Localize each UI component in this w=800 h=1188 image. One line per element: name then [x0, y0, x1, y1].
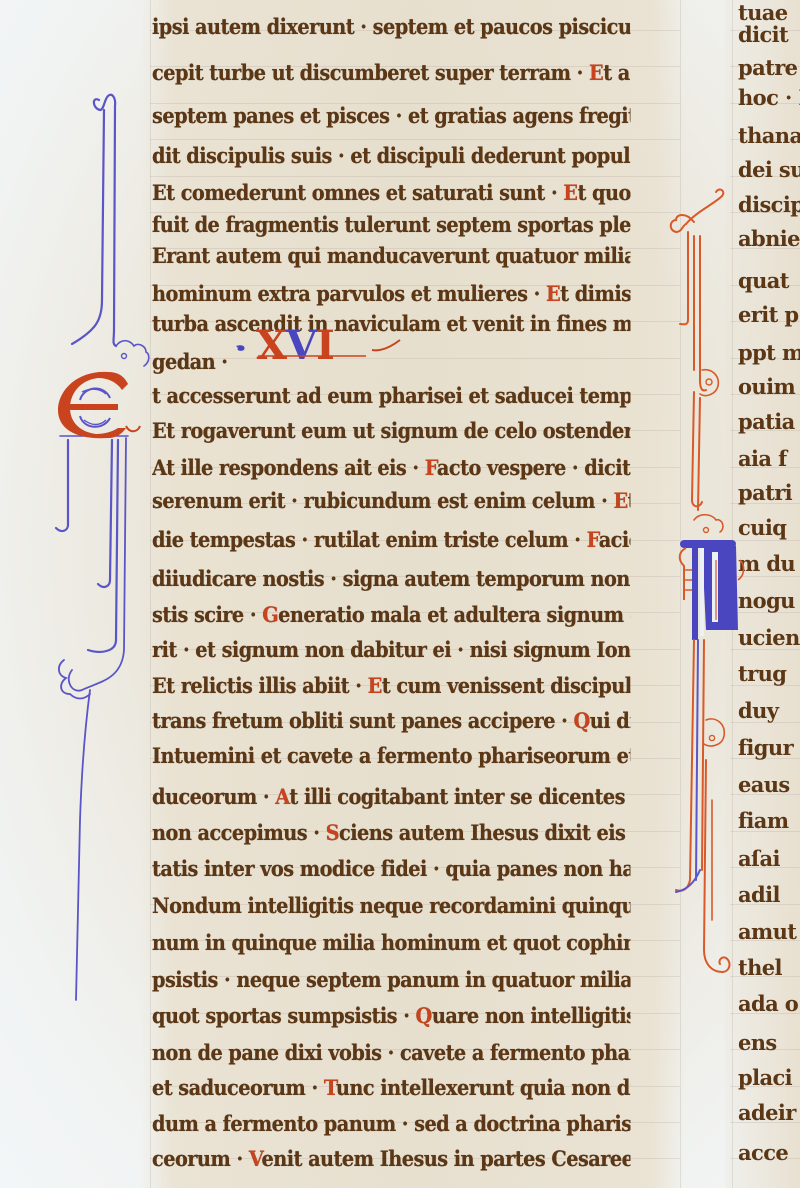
line-filler-icon [372, 340, 400, 350]
illumination-layer [0, 0, 800, 1188]
paraph-mark-icon [236, 345, 245, 351]
initial-e-icon [58, 372, 140, 438]
red-blue-penwork-stem-icon [676, 640, 729, 972]
initial-a-icon [680, 540, 744, 640]
blue-penwork-flourish-left-icon [56, 95, 149, 1000]
red-penwork-flourish-right-icon [671, 189, 724, 532]
